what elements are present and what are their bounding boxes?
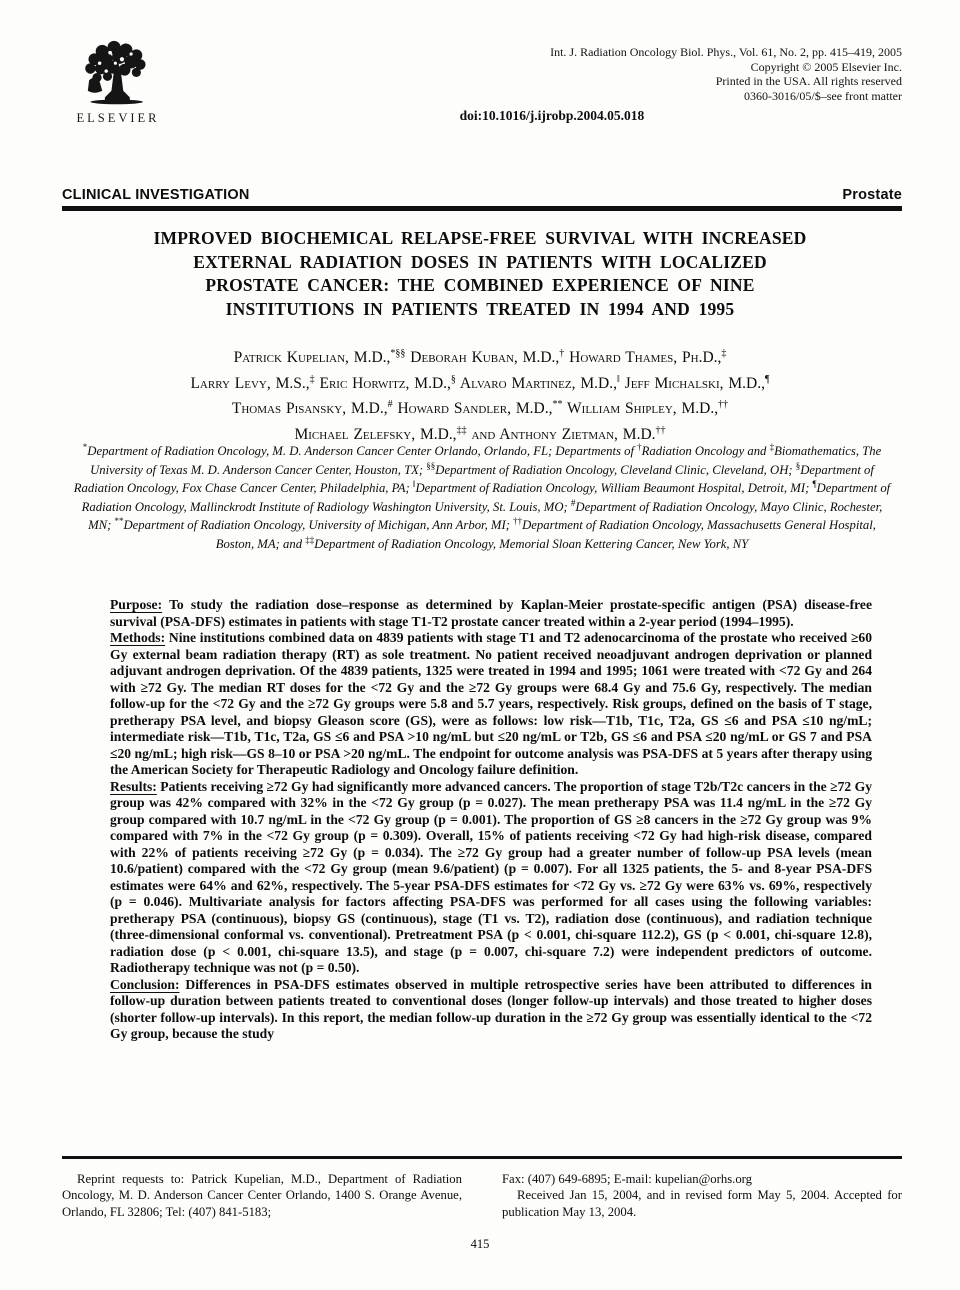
elsevier-tree-icon	[62, 40, 174, 110]
section-banner: CLINICAL INVESTIGATION Prostate	[62, 187, 902, 203]
results-text: Patients receiving ≥72 Gy had significan…	[110, 779, 872, 976]
abstract-methods: Methods: Nine institutions combined data…	[110, 630, 872, 779]
reprint-text: Reprint requests to: Patrick Kupelian, M…	[62, 1171, 462, 1220]
reprint-info: Reprint requests to: Patrick Kupelian, M…	[62, 1171, 462, 1220]
footnote-rule	[62, 1156, 902, 1159]
author-line: Larry Levy, M.S.,‡ Eric Horwitz, M.D.,§ …	[60, 369, 900, 395]
abstract-conclusion: Conclusion: Differences in PSA-DFS estim…	[110, 977, 872, 1043]
author-list: Patrick Kupelian, M.D.,*§§ Deborah Kuban…	[60, 343, 900, 446]
abstract-purpose: Purpose: To study the radiation dose–res…	[110, 597, 872, 630]
fax-email-text: Fax: (407) 649-6895; E-mail: kupelian@or…	[502, 1171, 902, 1187]
title-line: INSTITUTIONS IN PATIENTS TREATED IN 1994…	[90, 298, 870, 322]
elsevier-logo: ELSEVIER	[62, 40, 174, 126]
journal-info: Int. J. Radiation Oncology Biol. Phys., …	[550, 45, 902, 103]
correspondence-info: Fax: (407) 649-6895; E-mail: kupelian@or…	[502, 1171, 902, 1220]
masthead: ELSEVIER Int. J. Radiation Oncology Biol…	[62, 40, 902, 150]
methods-text: Nine institutions combined data on 4839 …	[110, 630, 872, 777]
issn-line: 0360-3016/05/$–see front matter	[550, 89, 902, 104]
conclusion-text: Differences in PSA-DFS estimates observe…	[110, 977, 872, 1042]
title-line: PROSTATE CANCER: THE COMBINED EXPERIENCE…	[90, 274, 870, 298]
title-line: EXTERNAL RADIATION DOSES IN PATIENTS WIT…	[90, 251, 870, 275]
author-line: Patrick Kupelian, M.D.,*§§ Deborah Kuban…	[60, 343, 900, 369]
purpose-text: To study the radiation dose–response as …	[110, 597, 872, 629]
page-number: 415	[0, 1237, 960, 1252]
abstract: Purpose: To study the radiation dose–res…	[110, 597, 872, 1043]
copyright-line: Copyright © 2005 Elsevier Inc.	[550, 60, 902, 75]
conclusion-label: Conclusion:	[110, 977, 180, 992]
section-label: CLINICAL INVESTIGATION	[62, 187, 250, 203]
affiliations: *Department of Radiation Oncology, M. D.…	[70, 440, 894, 551]
results-label: Results:	[110, 779, 157, 794]
title-line: IMPROVED BIOCHEMICAL RELAPSE-FREE SURVIV…	[90, 227, 870, 251]
received-text: Received Jan 15, 2004, and in revised fo…	[502, 1187, 902, 1220]
footnotes: Reprint requests to: Patrick Kupelian, M…	[62, 1171, 902, 1220]
banner-rule	[62, 206, 902, 211]
author-line: Thomas Pisansky, M.D.,# Howard Sandler, …	[60, 394, 900, 420]
abstract-results: Results: Patients receiving ≥72 Gy had s…	[110, 779, 872, 977]
journal-line: Int. J. Radiation Oncology Biol. Phys., …	[550, 45, 902, 60]
journal-first-page: ELSEVIER Int. J. Radiation Oncology Biol…	[0, 0, 960, 1290]
category-label: Prostate	[842, 187, 902, 203]
publisher-name: ELSEVIER	[62, 111, 174, 126]
doi: doi:10.1016/j.ijrobp.2004.05.018	[342, 108, 762, 124]
methods-label: Methods:	[110, 630, 165, 645]
printed-line: Printed in the USA. All rights reserved	[550, 74, 902, 89]
purpose-label: Purpose:	[110, 597, 162, 612]
article-title: IMPROVED BIOCHEMICAL RELAPSE-FREE SURVIV…	[90, 227, 870, 321]
